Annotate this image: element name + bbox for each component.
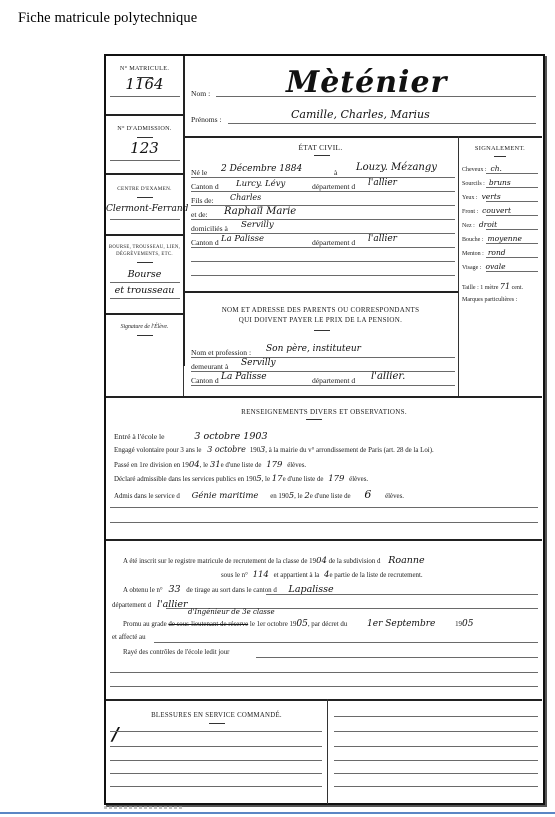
signalement-value: verts xyxy=(482,192,501,201)
nom-label: Nom : xyxy=(191,89,210,98)
engage-year-prefix: 190 xyxy=(250,447,260,454)
domicilies-value: Servilly xyxy=(241,220,274,230)
parents-canton-value: La Palisse xyxy=(221,372,267,382)
centre-value: Clermont-Ferrand xyxy=(106,204,183,214)
rule xyxy=(191,191,455,192)
signalement-row: Yeux :verts xyxy=(462,192,501,201)
partie-suffix: e partie de la liste de recrutement. xyxy=(329,572,422,579)
rule xyxy=(191,219,455,220)
rule xyxy=(106,396,542,398)
nom-value: Mèténier xyxy=(286,65,447,100)
rule xyxy=(486,243,538,244)
tirage-mid: de tirage au sort dans le canton d xyxy=(186,587,277,594)
rule xyxy=(486,257,538,258)
rule xyxy=(256,657,538,658)
admis-suffix: élèves. xyxy=(385,493,404,500)
rule xyxy=(266,594,538,595)
lieu-value: Louzy. Mézangy xyxy=(356,162,437,173)
parents-heading-line1: NOM ET ADRESSE DES PARENTS OU CORRESPOND… xyxy=(183,305,458,315)
divider xyxy=(137,197,153,198)
rule xyxy=(110,786,322,787)
rule xyxy=(486,187,538,188)
rule xyxy=(106,699,542,701)
signalement-value: ch. xyxy=(491,164,502,173)
recrutement-departement-label: département d xyxy=(112,602,151,609)
parents-heading: NOM ET ADRESSE DES PARENTS OU CORRESPOND… xyxy=(183,305,458,325)
declare-row: Déclaré admissible dans les services pub… xyxy=(114,474,368,484)
signalement-row: Bouche :moyenne xyxy=(462,234,522,243)
departement2-value: l'allier xyxy=(368,234,397,244)
promu-row: Promu au grade de sous-lieutenant de rés… xyxy=(123,619,473,629)
passe-suffix: élèves. xyxy=(287,462,306,469)
admis-le: , le xyxy=(294,493,302,500)
decret-label: , par décret du xyxy=(308,621,347,628)
rule xyxy=(110,672,538,673)
rule xyxy=(228,123,536,124)
rule xyxy=(334,760,538,761)
signalement-value: couvert xyxy=(482,206,511,215)
parents-departement-label: département d xyxy=(312,376,355,385)
rule xyxy=(106,114,183,116)
signalement-row: Sourcils :bruns xyxy=(462,178,511,187)
rule xyxy=(110,773,322,774)
inscrit-label: A été inscrit sur le registre matricule … xyxy=(123,558,316,565)
sous-le-value: 114 xyxy=(253,570,269,580)
fils-de-value: Charles xyxy=(230,193,261,202)
rule xyxy=(110,160,180,161)
promu-mid: le 1er octobre 19 xyxy=(250,621,297,628)
rule xyxy=(110,282,180,283)
signalement-value: rond xyxy=(488,248,506,257)
inscrit-classe: 04 xyxy=(316,556,327,566)
sous-le-label: sous le n° xyxy=(221,572,248,579)
inscrit-mid: de la subdivision d xyxy=(329,558,381,565)
rule xyxy=(110,746,322,747)
engage-suffix: , à la mairie du v° arrondissement de Pa… xyxy=(265,447,433,454)
signalement-row: Front :couvert xyxy=(462,206,511,215)
rule xyxy=(154,642,538,643)
signalement-row: Menton :rond xyxy=(462,248,506,257)
signalement-label: Front : xyxy=(462,209,478,215)
admission-value: 123 xyxy=(106,139,183,157)
matriculation-sheet: N° MATRICULE. 1164 N° D'ADMISSION. 123 C… xyxy=(104,54,545,805)
bourse-value-line1: Bourse xyxy=(106,269,183,280)
rule xyxy=(106,313,183,315)
passe-total: 179 xyxy=(266,460,282,470)
rule xyxy=(191,177,455,178)
promu-struck: de sous-lieutenant de réserve xyxy=(168,621,248,628)
passe-year: 04 xyxy=(189,460,200,470)
signalement-value: bruns xyxy=(489,178,511,187)
rule xyxy=(191,385,455,386)
affecte-label: et affecté au xyxy=(112,634,146,641)
entre-label: Entré à l'école le xyxy=(114,432,165,441)
rule xyxy=(106,173,183,175)
divider xyxy=(137,262,153,263)
divider xyxy=(137,137,153,138)
rule xyxy=(106,234,183,236)
divider xyxy=(314,330,330,331)
divider xyxy=(183,366,184,396)
raye-label: Rayé des contrôles de l'école ledit jour xyxy=(123,649,229,656)
profession-label: Nom et profession : xyxy=(191,348,251,357)
rule xyxy=(486,271,538,272)
rule xyxy=(110,731,322,732)
departement-label: département d xyxy=(312,182,355,191)
matricule-label: N° MATRICULE. xyxy=(106,65,183,72)
admis-label: Admis dans le service d xyxy=(114,493,180,500)
rule xyxy=(110,686,538,687)
ne-le-value: 2 Décembre 1884 xyxy=(221,164,302,174)
rule xyxy=(334,746,538,747)
divider xyxy=(306,419,322,420)
passe-rank: 31 xyxy=(210,460,221,470)
rule xyxy=(110,298,180,299)
profession-value: Son père, instituteur xyxy=(266,344,361,354)
et-de-value: Raphaïl Marie xyxy=(224,206,296,217)
tirage-value: 33 xyxy=(168,584,180,595)
scan-artifact xyxy=(104,806,184,809)
admis-row: Admis dans le service d Génie maritime e… xyxy=(114,488,404,501)
entre-row: Entré à l'école le 3 octobre 1903 xyxy=(114,431,268,442)
sous-le-row: sous le n° 114 et appartient à la 4e par… xyxy=(221,570,423,580)
passe-le: , le xyxy=(200,462,208,469)
matricule-value: 1164 xyxy=(106,75,183,93)
canton-label: Canton d xyxy=(191,182,219,191)
a-label: à xyxy=(334,168,337,177)
rule xyxy=(110,507,538,508)
prenoms-value: Camille, Charles, Marius xyxy=(291,108,430,121)
signalement-label: Cheveux : xyxy=(462,167,487,173)
bourse-value-line2: et trousseau xyxy=(106,285,183,296)
taille-value: 71 xyxy=(500,282,510,291)
admis-total: 6 xyxy=(364,488,371,501)
declare-le: , le xyxy=(262,476,270,483)
admis-liste: e d'une liste de xyxy=(310,493,351,500)
taille-unit: cent. xyxy=(512,285,524,291)
blessures-heading: BLESSURES EN SERVICE COMMANDÉ. xyxy=(106,712,327,719)
domicilies-label: domiciliés à xyxy=(191,224,228,233)
rule xyxy=(191,247,455,248)
rule xyxy=(486,173,538,174)
demeurant-value: Servilly xyxy=(241,358,276,368)
rule xyxy=(110,96,180,97)
declare-liste: e d'une liste de xyxy=(283,476,324,483)
signalement-label: Menton : xyxy=(462,251,484,257)
marques-label: Marques particulières : xyxy=(462,297,517,303)
signalement-value: moyenne xyxy=(488,234,522,243)
signalement-label: Nez : xyxy=(462,223,475,229)
signalement-label: Visage : xyxy=(462,265,481,271)
admis-service: Génie maritime xyxy=(192,491,259,501)
tirage-label: A obtenu le n° xyxy=(123,587,163,594)
admission-label: N° D'ADMISSION. xyxy=(106,125,183,132)
rule xyxy=(110,219,180,220)
rule xyxy=(183,136,542,138)
departement-value: l'allier xyxy=(368,178,397,188)
signalement-divider xyxy=(458,136,459,366)
rule xyxy=(486,229,538,230)
decret-year: 05 xyxy=(462,619,473,629)
signalement-heading: SIGNALEMENT. xyxy=(458,145,542,152)
rule xyxy=(486,201,538,202)
decret-year-prefix: 19 xyxy=(455,621,462,628)
canton2-label: Canton d xyxy=(191,238,219,247)
signalement-value: ovale xyxy=(485,262,505,271)
divider xyxy=(209,723,225,724)
taille-label: Taille : 1 mètre 71 cent. xyxy=(462,282,523,291)
decret-value: 1er Septembre xyxy=(367,619,435,629)
appartient-label: et appartient à la xyxy=(274,572,320,579)
signature-label: Signature de l'Élève. xyxy=(106,324,183,330)
engage-date: 3 octobre xyxy=(207,445,246,454)
declare-rank: 17 xyxy=(272,474,283,484)
canton2-value: La Palisse xyxy=(221,234,264,244)
rule xyxy=(110,760,322,761)
admis-en: en 190 xyxy=(270,493,289,500)
ne-le-label: Né le xyxy=(191,168,207,177)
signalement-row: Visage :ovale xyxy=(462,262,506,271)
etat-civil-heading: ÉTAT CIVIL. xyxy=(183,143,458,152)
signalement-label: Yeux : xyxy=(462,195,478,201)
blessures-divider xyxy=(327,699,328,804)
promu-label: Promu au grade xyxy=(123,621,167,628)
signalement-value: droit xyxy=(479,220,497,229)
rule xyxy=(334,786,538,787)
passe-liste: e d'une liste de xyxy=(221,462,262,469)
inscrit-row: A été inscrit sur le registre matricule … xyxy=(123,555,425,566)
declare-suffix: élèves. xyxy=(349,476,368,483)
signalement-row: Nez :droit xyxy=(462,220,497,229)
signalement-label: Sourcils : xyxy=(462,181,485,187)
et-de-label: et de: xyxy=(191,210,208,219)
rule xyxy=(334,773,538,774)
entre-value: 3 octobre 1903 xyxy=(194,431,267,442)
centre-label: CENTRE D'EXAMEN. xyxy=(106,186,183,192)
engage-row: Engagé volontaire pour 3 ans le 3 octobr… xyxy=(114,445,434,454)
bourse-label: BOURSE, TROUSSEAU, LIEN, DÉGRÈVEMENTS, E… xyxy=(108,244,181,258)
rule xyxy=(191,261,455,262)
rule xyxy=(191,275,455,276)
rule xyxy=(334,731,538,732)
passe-row: Passé en 1re division en 1904, le 31e d'… xyxy=(114,460,306,470)
prenoms-label: Prénoms : xyxy=(191,115,222,124)
parents-heading-line2: QUI DOIVENT PAYER LE PRIX DE LA PENSION. xyxy=(183,315,458,325)
page-title: Fiche matricule polytechnique xyxy=(18,10,197,27)
engage-label: Engagé volontaire pour 3 ans le xyxy=(114,447,201,454)
divider xyxy=(137,335,153,336)
inscrit-subdivision: Roanne xyxy=(388,555,424,566)
rule xyxy=(334,716,538,717)
divider xyxy=(314,155,330,156)
renseignements-heading: RENSEIGNEMENTS DIVERS ET OBSERVATIONS. xyxy=(106,408,542,416)
canton-value: Lurcy. Lévy xyxy=(236,179,285,189)
rule xyxy=(191,357,455,358)
signalement-label: Bouche : xyxy=(462,237,484,243)
departement2-label: département d xyxy=(312,238,355,247)
fils-de-label: Fils de: xyxy=(191,196,214,205)
passe-label: Passé en 1re division en 19 xyxy=(114,462,189,469)
divider xyxy=(494,156,506,157)
rule xyxy=(106,539,542,541)
rule xyxy=(486,215,538,216)
bottom-border xyxy=(0,812,555,814)
blessures-mark: / xyxy=(112,724,119,745)
rule xyxy=(183,291,458,293)
parents-canton-label: Canton d xyxy=(191,376,219,385)
grade-annotation: d'Ingénieur de 3e classe xyxy=(188,608,275,616)
rule xyxy=(110,522,538,523)
promu-year: 05 xyxy=(296,619,307,629)
declare-total: 179 xyxy=(328,474,344,484)
taille-label-text: Taille : 1 mètre xyxy=(462,285,498,291)
demeurant-label: demeurant à xyxy=(191,362,228,371)
declare-label: Déclaré admissible dans les services pub… xyxy=(114,476,256,483)
signalement-row: Cheveux :ch. xyxy=(462,164,502,173)
parents-departement-value: l'allier. xyxy=(371,371,405,382)
divider xyxy=(458,366,459,396)
